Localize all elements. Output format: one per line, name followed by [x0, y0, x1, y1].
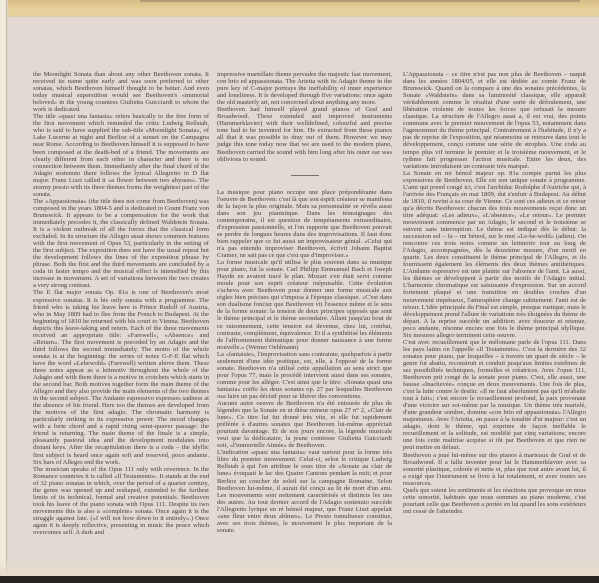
bottom-sleeve-edge: [0, 576, 599, 583]
paragraph-moonlight-intro: the Moonlight Sonata than about any othe…: [33, 71, 209, 113]
paragraph-fr-fantaisie: La «fantaisie», l'improvisation sans con…: [217, 351, 392, 400]
paragraph-fr-intro: La musique pour piano occupe une place p…: [217, 189, 392, 259]
top-sleeve-edge: [140, 0, 580, 2]
paragraph-les-adieux: The E flat major sonata Op. 81a is one o…: [33, 289, 209, 465]
paragraph-fr-opus-111: C'est avec recueillement que le mélomane…: [403, 339, 586, 452]
paragraph-fr-sonorite: Quels que soient les sentiments et les r…: [403, 487, 586, 515]
paragraph-appassionata: The «Appassionata» (the title does not c…: [33, 198, 209, 290]
top-tape-strip: [0, 0, 599, 17]
bottom-paper-fade: [0, 556, 599, 576]
paragraph-fr-clair-de-lune: Aucune autre oeuvre de Beethoven n'a été…: [217, 400, 392, 449]
paragraph-opus-111: The musician speaks of the Opus 111 only…: [33, 466, 209, 536]
column-english-1: the Moonlight Sonata than about any othe…: [33, 71, 209, 536]
paragraph-pianos: Beethoven had himself played grand piano…: [217, 106, 392, 162]
section-divider: [291, 175, 319, 176]
record-sleeve-back: the Moonlight Sonata than about any othe…: [0, 0, 599, 583]
paragraph-opus-111-cont: impressive martellato theme pervades the…: [217, 71, 392, 106]
paragraph-fr-appassionata: L'Appassionata – ce titre n'est pas non …: [403, 71, 586, 170]
column-french-3: L'Appassionata – ce titre n'est pas non …: [403, 71, 586, 515]
paragraph-fr-quasi-fantasia: L'indication «quasi una fantasia» vaut s…: [217, 449, 392, 534]
paragraph-fr-sonate: La forme musicale qu'il utilisa le plus …: [217, 259, 392, 351]
french-section: La musique pour piano occupe une place p…: [217, 189, 392, 534]
paragraph-fr-pianos: Beethoven a joué lui-même sur des pianos…: [403, 452, 586, 487]
paragraph-fr-les-adieux: La Sonate en mi bémol majeur op. 81a com…: [403, 170, 586, 339]
column-mixed-2: impressive martellato theme pervades the…: [217, 71, 392, 534]
paragraph-moonlight-title: The title «quasi una fantasia» refers ba…: [33, 113, 209, 198]
left-sleeve-edge: [0, 0, 8, 583]
